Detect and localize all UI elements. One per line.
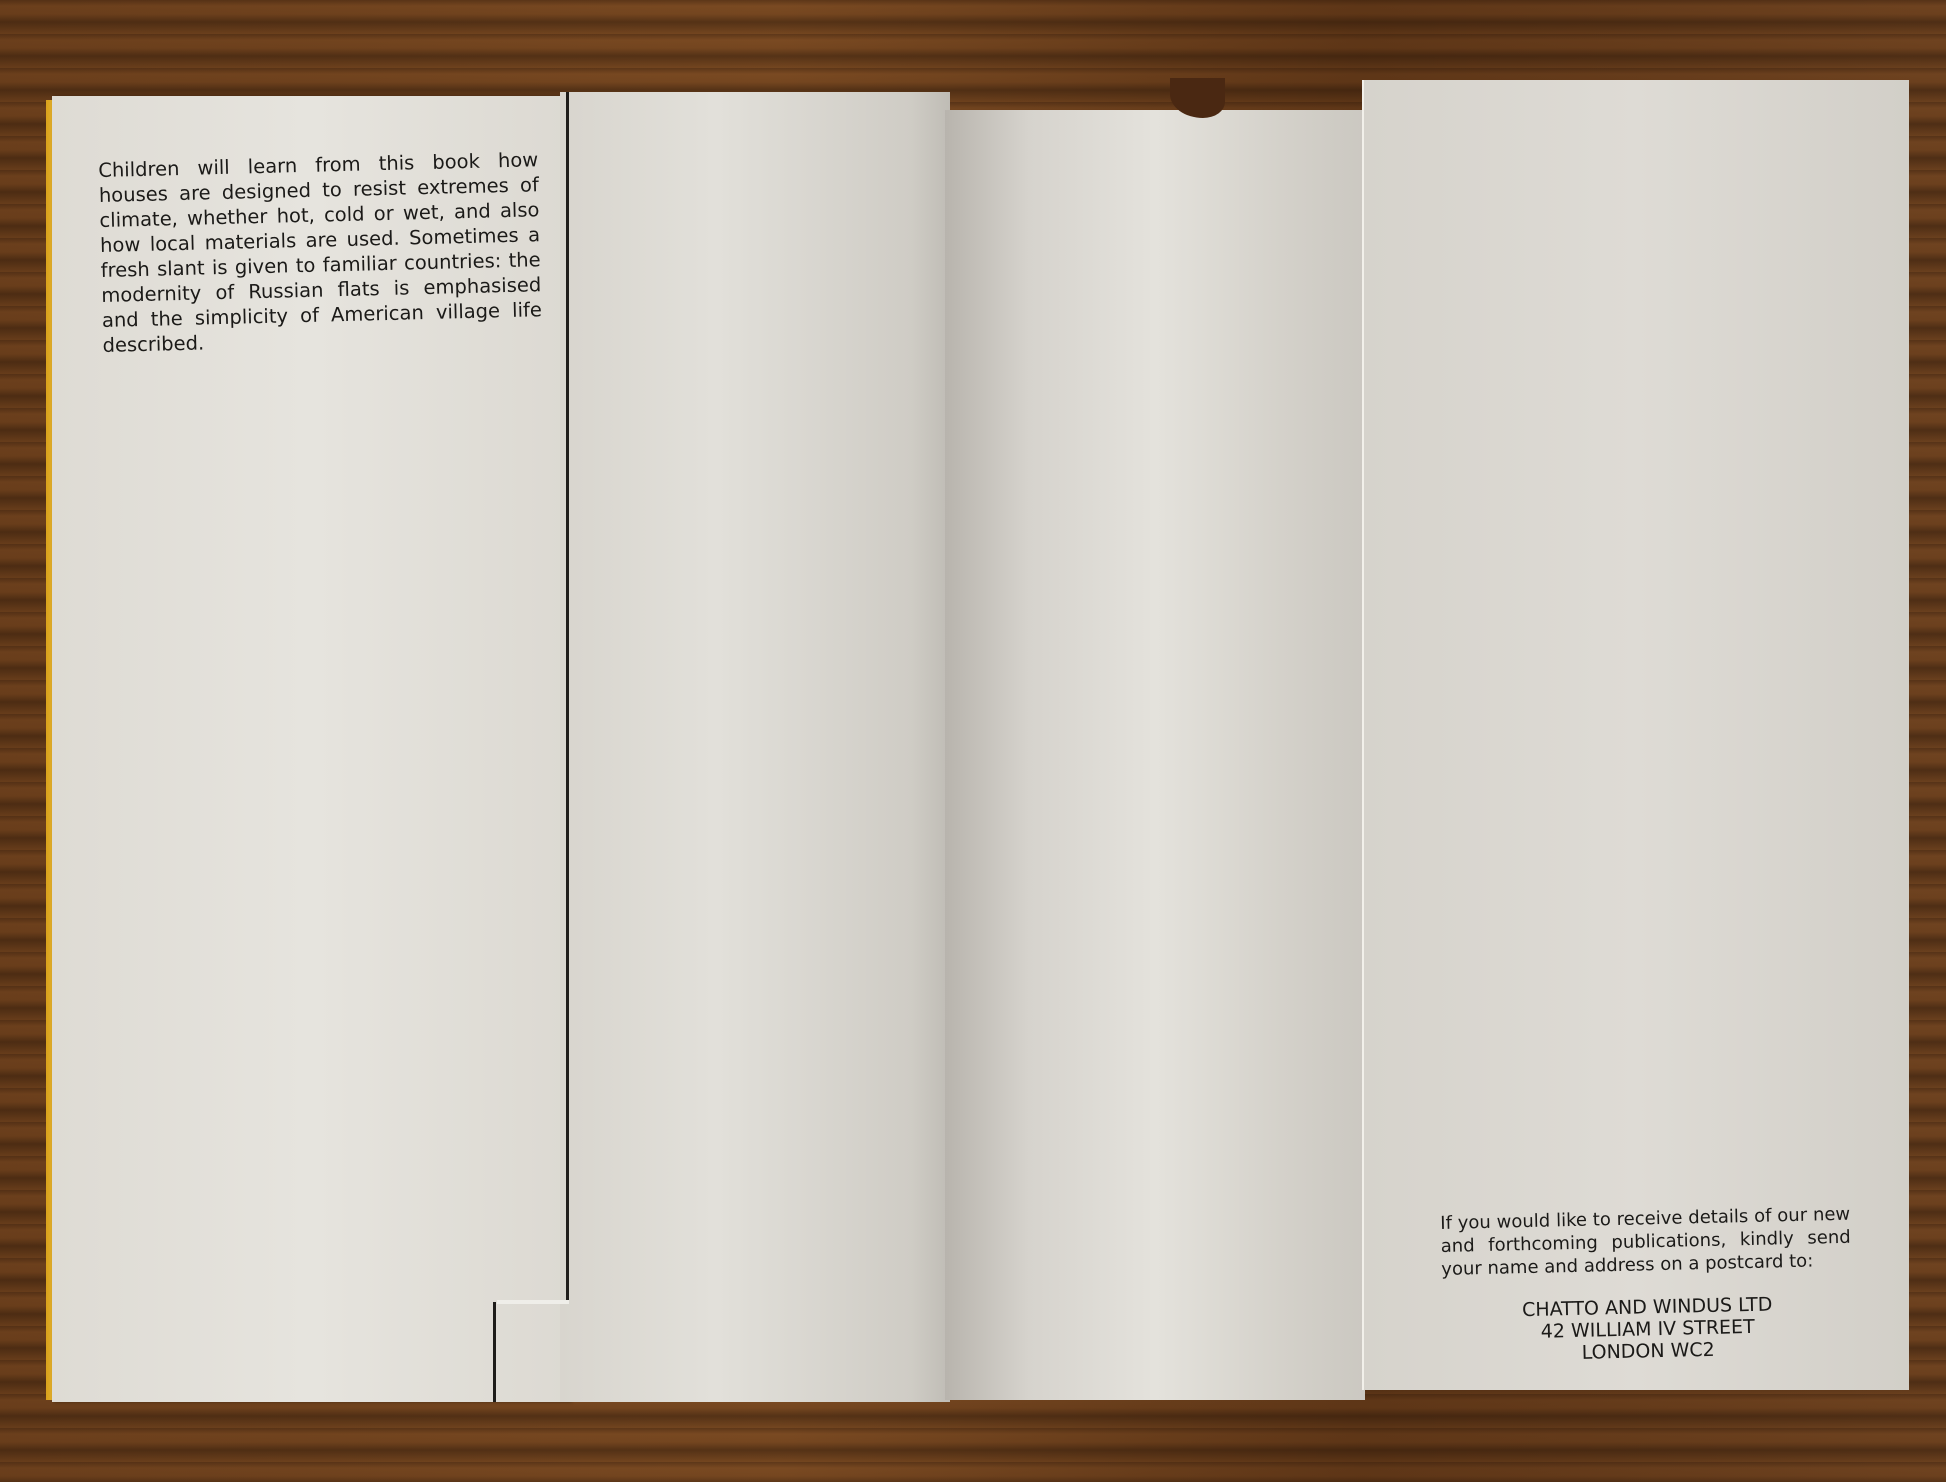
- publisher-address: CHATTO AND WINDUS LTD 42 WILLIAM IV STRE…: [1442, 1292, 1853, 1367]
- flap-notch-edge: [497, 1300, 569, 1304]
- back-flap: [1362, 80, 1909, 1390]
- jacket-spine: [945, 110, 1365, 1400]
- flap-fold-line: [566, 92, 569, 1302]
- front-flap-blurb: Children will learn from this book how h…: [98, 147, 543, 358]
- publisher-notice: If you would like to receive details of …: [1440, 1203, 1853, 1367]
- jacket-back-panel: [560, 92, 950, 1402]
- flap-notch-shadow: [493, 1302, 496, 1402]
- publisher-note: If you would like to receive details of …: [1440, 1203, 1851, 1281]
